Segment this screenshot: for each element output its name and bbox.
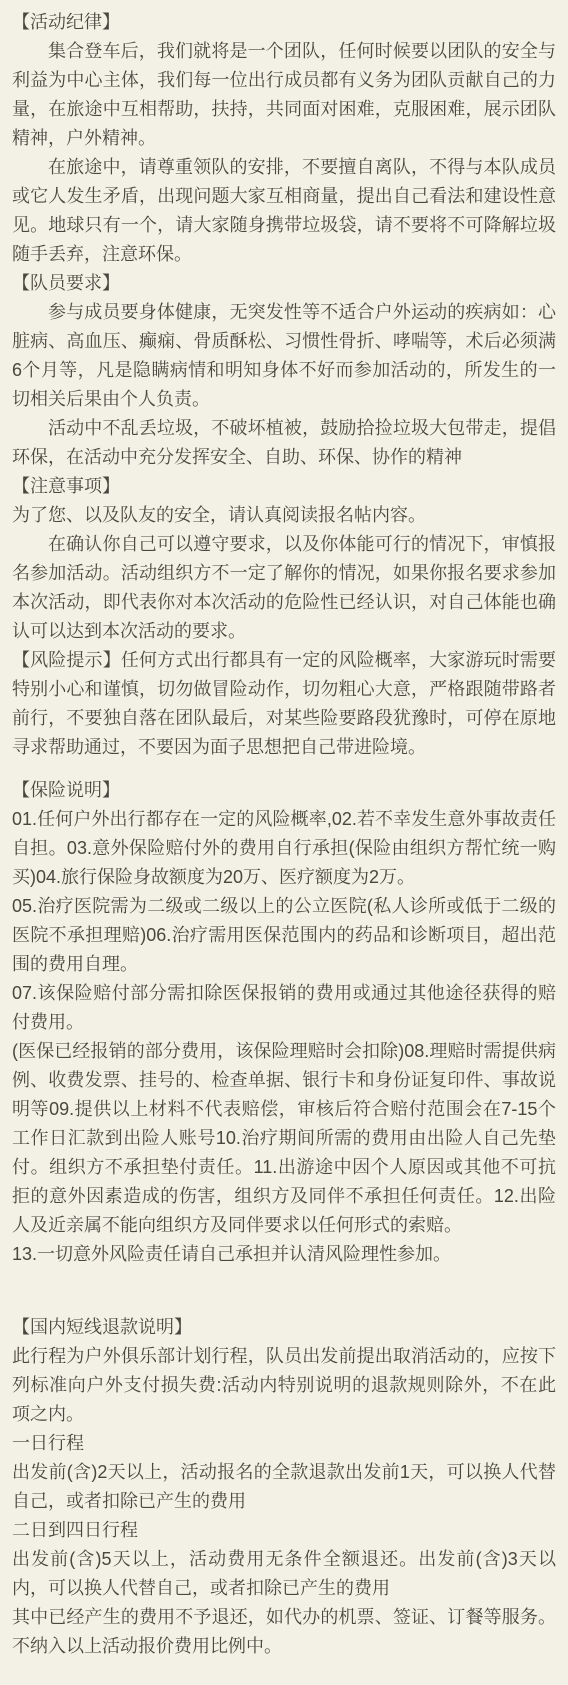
paragraph: 此行程为户外俱乐部计划行程，队员出发前提出取消活动的，应按下列标准向户外支付损失…	[12, 1342, 556, 1429]
paragraph: 集合登车后，我们就将是一个团队，任何时候要以团队的安全与利益为中心主体，我们每一…	[12, 37, 556, 153]
section-heading: 【活动纪律】	[12, 8, 556, 37]
paragraph: 在确认你自己可以遵守要求，以及你体能可行的情况下，审慎报名参加活动。活动组织方不…	[12, 530, 556, 646]
paragraph: 其中已经产生的费用不予退还，如代办的机票、签证、订餐等服务。不纳入以上活动报价费…	[12, 1603, 556, 1661]
paragraph: 05.治疗医院需为二级或二级以上的公立医院(私人诊所或低于二级的医院不承担理赔)…	[12, 892, 556, 979]
section-member-requirements: 【队员要求】 参与成员要身体健康，无突发性等不适合户外运动的疾病如：心脏病、高血…	[12, 269, 556, 472]
subheading-one-day-trip: 一日行程	[12, 1429, 556, 1458]
section-heading: 【国内短线退款说明】	[12, 1313, 556, 1342]
paragraph: 活动中不乱丢垃圾，不破坏植被，鼓励拾捡垃圾大包带走，提倡环保，在活动中充分发挥安…	[12, 414, 556, 472]
section-heading: 【保险说明】	[12, 776, 556, 805]
paragraph: 出发前(含)5天以上，活动费用无条件全额退还。出发前(含)3天以内，可以换人代替…	[12, 1545, 556, 1603]
paragraph: 出发前(含)2天以上，活动报名的全款退款出发前1天，可以换人代替自己，或者扣除已…	[12, 1458, 556, 1516]
section-activity-discipline: 【活动纪律】 集合登车后，我们就将是一个团队，任何时候要以团队的安全与利益为中心…	[12, 8, 556, 269]
section-heading: 【注意事项】	[12, 472, 556, 501]
paragraph: 参与成员要身体健康，无突发性等不适合户外运动的疾病如：心脏病、高血压、癫痫、骨质…	[12, 298, 556, 414]
section-precautions: 【注意事项】 为了您、以及队友的安全，请认真阅读报名帖内容。 在确认你自己可以遵…	[12, 472, 556, 762]
paragraph: 在旅途中，请尊重领队的安排，不要擅自离队，不得与本队成员或它人发生矛盾，出现问题…	[12, 153, 556, 269]
paragraph-risk-warning: 【风险提示】任何方式出行都具有一定的风险概率，大家游玩时需要特别小心和谨慎，切勿…	[12, 646, 556, 762]
paragraph: (医保已经报销的部分费用，该保险理赔时会扣除)08.理赔时需提供病例、收费发票、…	[12, 1037, 556, 1240]
paragraph: 13.一切意外风险责任请自己承担并认清风险理性参加。	[12, 1240, 556, 1269]
paragraph: 07.该保险赔付部分需扣除医保报销的费用或通过其他途径获得的赔付费用。	[12, 979, 556, 1037]
section-insurance-notes: 【保险说明】 01.任何户外出行都存在一定的风险概率,02.若不幸发生意外事故责…	[12, 776, 556, 1269]
subheading-two-to-four-day-trip: 二日到四日行程	[12, 1516, 556, 1545]
section-heading: 【队员要求】	[12, 269, 556, 298]
section-refund-policy: 【国内短线退款说明】 此行程为户外俱乐部计划行程，队员出发前提出取消活动的，应按…	[12, 1313, 556, 1661]
paragraph: 为了您、以及队友的安全，请认真阅读报名帖内容。	[12, 501, 556, 530]
activity-notice-document: 【活动纪律】 集合登车后，我们就将是一个团队，任何时候要以团队的安全与利益为中心…	[0, 0, 568, 1685]
paragraph: 01.任何户外出行都存在一定的风险概率,02.若不幸发生意外事故责任自担。03.…	[12, 805, 556, 892]
